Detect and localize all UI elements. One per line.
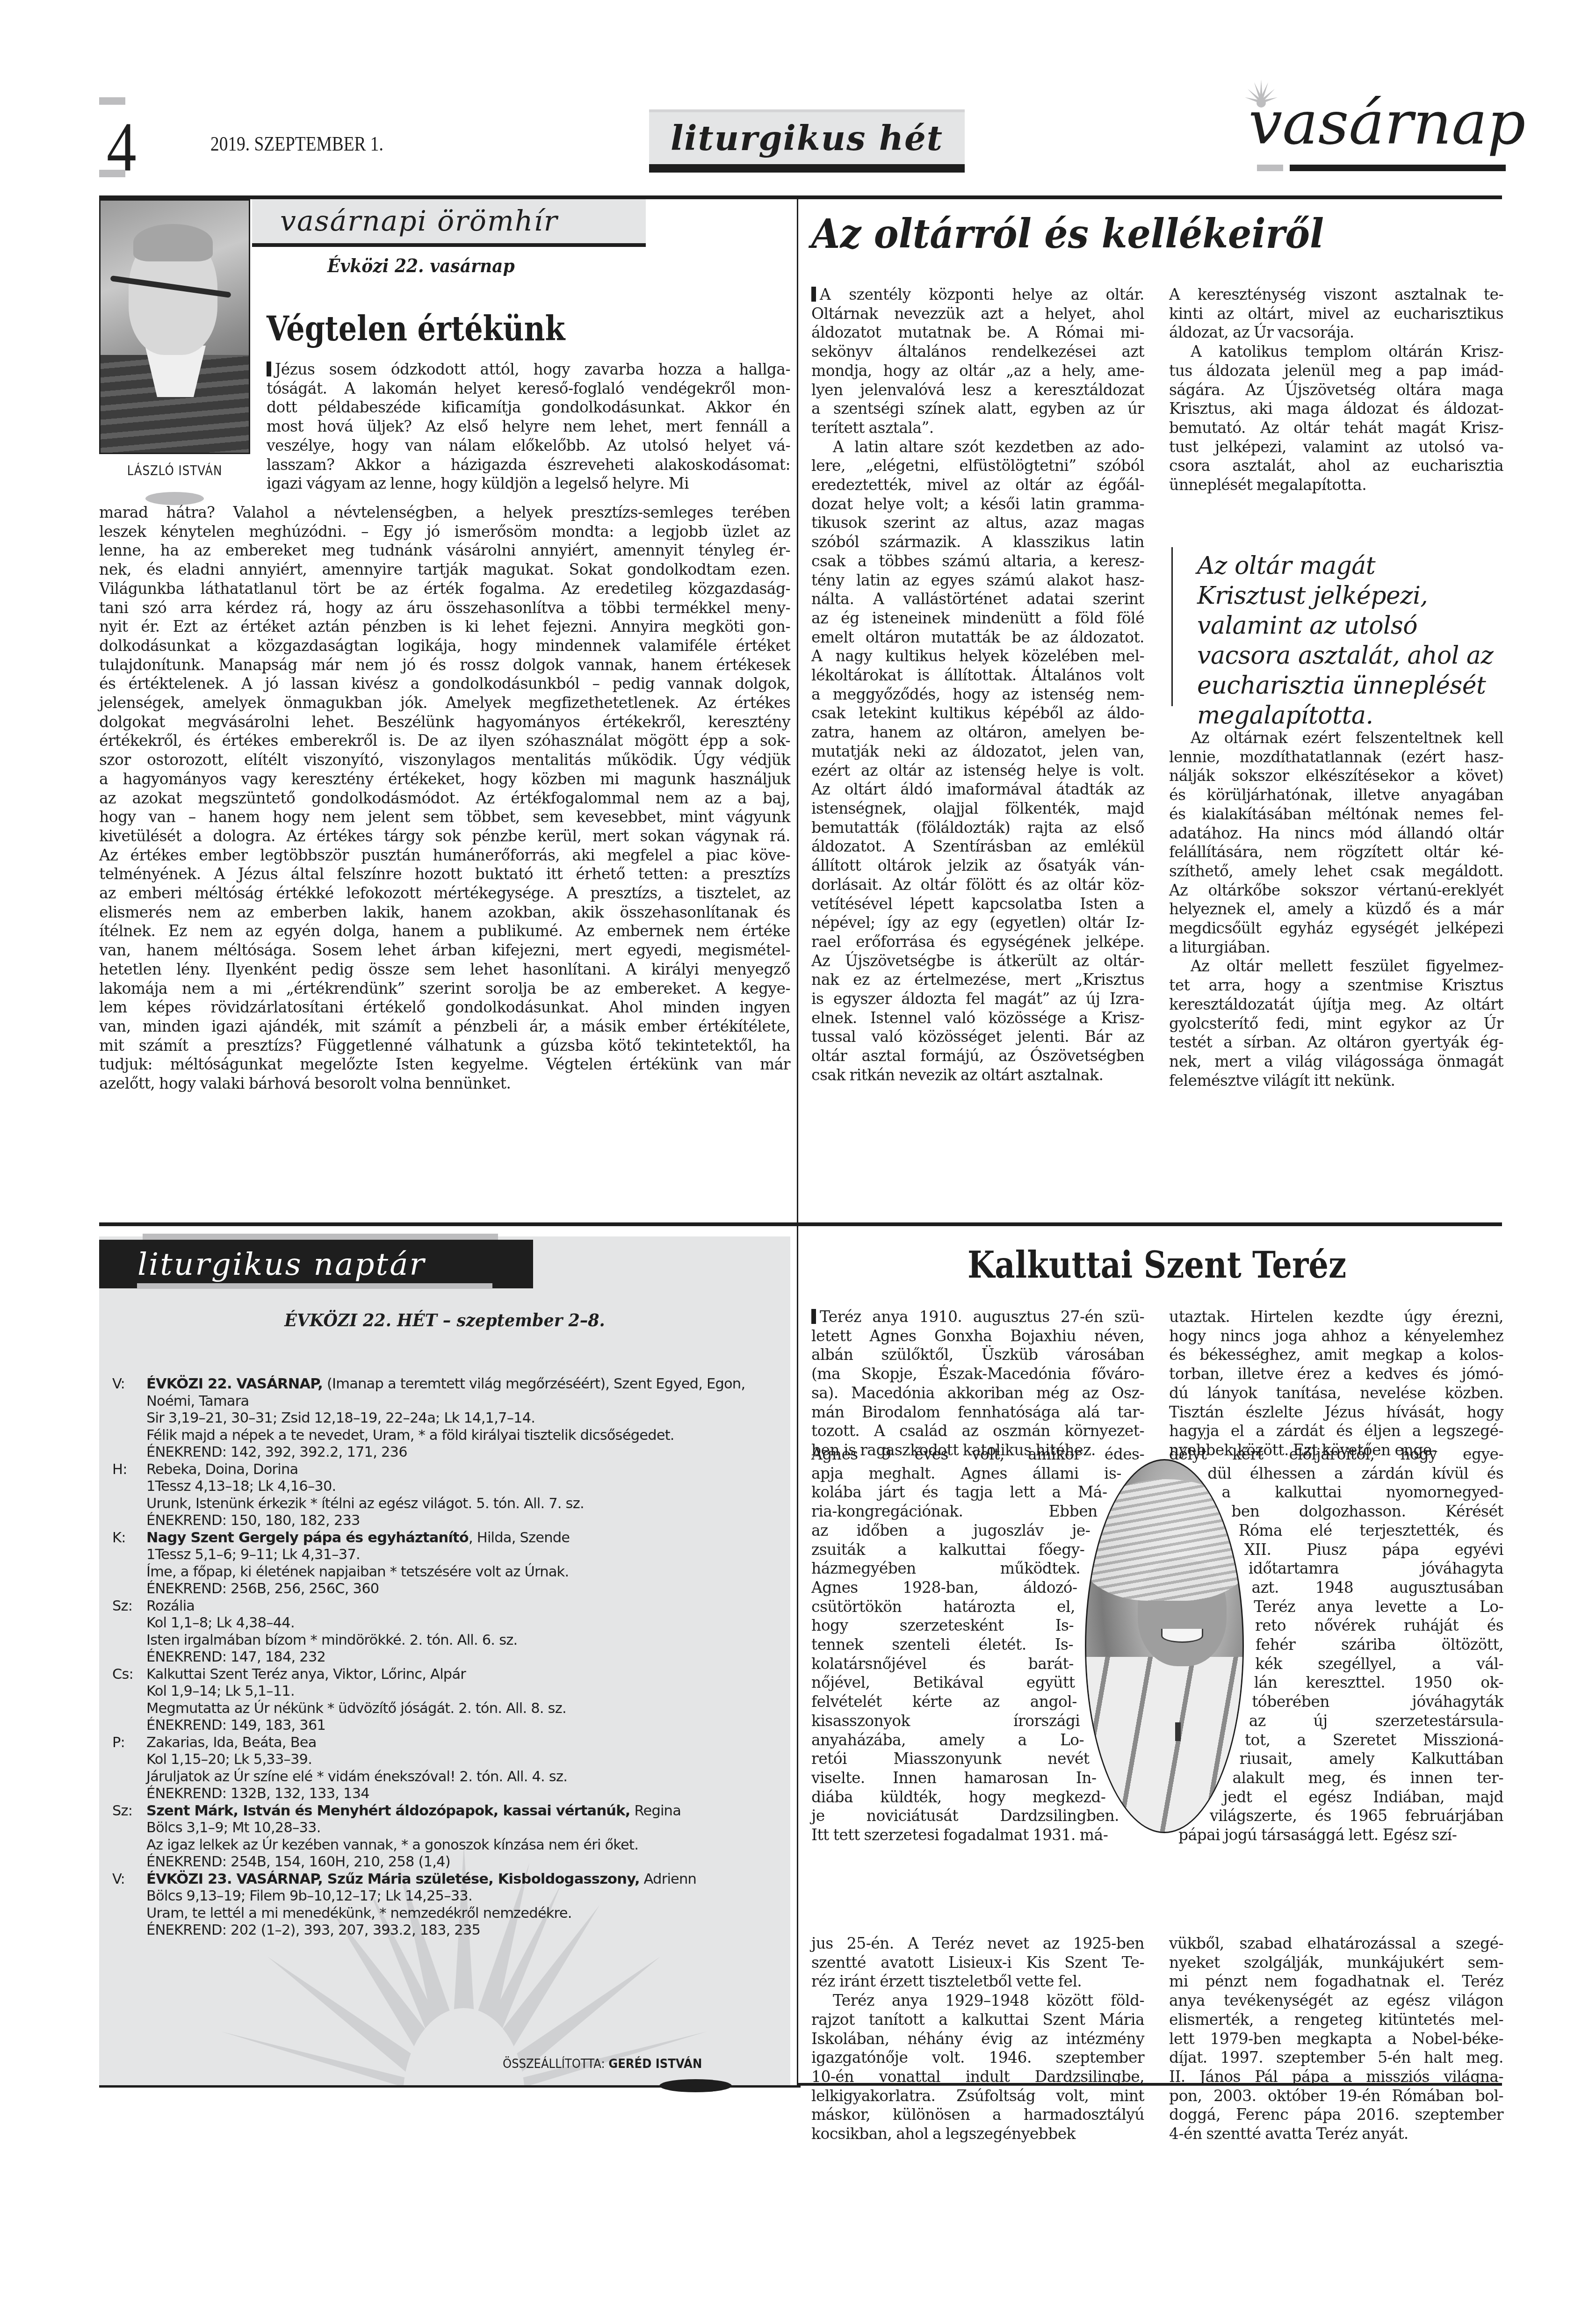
calendar-day: V:ÉVKÖZI 22. VASÁRNAP, (Imanap a teremte… xyxy=(112,1376,781,1461)
text-line: is egyszer áldozta fel magát” az új Izra… xyxy=(811,990,1144,1009)
text-line: A nagy kultikus helyek közelében mel- xyxy=(811,647,1144,666)
text-line: és békességhez, amit megkap a kolos- xyxy=(1169,1345,1503,1365)
column-label-box: vasárnapi örömhír xyxy=(252,199,646,247)
article-column-1: Teréz anya 1910. augusztus 27-én szü-let… xyxy=(811,1308,1144,1460)
text-line: kolatársnőjével és barát- xyxy=(811,1655,1074,1674)
hymn-list: ÉNEKREND: 149, 183, 361 xyxy=(146,1717,781,1735)
text-line: dú lányok tanítása, nevelése közben. xyxy=(1169,1384,1503,1403)
pullquote: Az oltár magátKrisztust jelképezi,valami… xyxy=(1197,551,1501,730)
text-line: vetítésével lépett kapcsolatba Isten a xyxy=(811,895,1144,914)
hymn-list: ÉNEKREND: 142, 392, 392.2, 171, 236 xyxy=(146,1444,781,1461)
text-line: mán Birodalom fennhatósága alá tar- xyxy=(811,1403,1144,1422)
text-line: riusait, amely Kalkuttában xyxy=(1239,1749,1503,1769)
day-abbrev: V: xyxy=(112,1871,125,1888)
readings: 1Tessz 4,13–18; Lk 4,16–30. xyxy=(146,1478,781,1496)
text-line: viselte. Innen hamarosan In- xyxy=(811,1769,1096,1788)
text-line: nálta. A vallástörténet adatai szerint xyxy=(811,590,1144,609)
day-abbrev: Cs: xyxy=(112,1666,133,1684)
text-line: áldozatot mutatnak be. A Római mi- xyxy=(811,323,1144,342)
text-line: az emberi méltóság értékké lefokozott mé… xyxy=(99,884,790,903)
paragraph-marker-icon xyxy=(811,287,816,302)
text-line: dorlásait. Az oltár fölött és az oltár k… xyxy=(811,875,1144,895)
text-line: Világunkba láthatatlanul tört be az érté… xyxy=(99,579,790,599)
text-line: csütörtökön határozta el, xyxy=(811,1597,1075,1617)
text-line: pon, 2003. október 19-én Rómában bol- xyxy=(1169,2087,1503,2106)
text-line: zatra, hanem az oltáron, amelyen be- xyxy=(811,723,1144,742)
text-line: kocsikban, ahol a legszegényebbek xyxy=(811,2125,1144,2144)
text-line: Teréz anya 1929–1948 között föld- xyxy=(811,1991,1144,2010)
day-abbrev: V: xyxy=(112,1376,125,1393)
text-line: a szentségi színek alatt, egyben az úr xyxy=(811,399,1144,419)
text-line: tikusok szerint az altus, azaz magas xyxy=(811,513,1144,533)
text-line: csak a többes számú altaria, a keresz- xyxy=(811,552,1144,571)
text-line: csora asztalát, ahol az eucharisztia xyxy=(1169,456,1503,476)
text-line: Az oltárkőbe sokszor vértanú-ereklyét xyxy=(1169,881,1503,900)
text-line: ezért az oltár az istenség helye is volt… xyxy=(811,761,1144,781)
pullquote-line: Krisztust jelképezi, xyxy=(1197,581,1501,611)
hymn-list: ÉNEKREND: 202 (1–2), 393, 207, 393.2, 18… xyxy=(146,1922,781,1939)
text-line: nyit ér. Ezt az értéket aztán pénzben is… xyxy=(99,617,790,636)
text-line: az azokat megszüntető gondolkodásmódot. … xyxy=(99,789,790,808)
text-line: időtartamra jóváhagyta xyxy=(1249,1559,1503,1578)
text-line: tóberében jóváhagyták xyxy=(1252,1692,1503,1712)
text-line: a kalkuttai nyomornegyed- xyxy=(1222,1483,1503,1502)
calendar-week: ÉVKÖZI 22. HÉT – szeptember 2–8. xyxy=(127,1309,763,1330)
text-line: rael erőforrása és egységének jelképe. xyxy=(811,932,1144,952)
text-line: keresztáldozatát újítja meg. Az oltárt xyxy=(1169,995,1503,1014)
text-line: retói Miasszonyunk nevét xyxy=(811,1749,1090,1769)
text-line: lett 1979-ben megkapta a Nobel-béke- xyxy=(1169,2030,1503,2049)
feast-name: ÉVKÖZI 22. VASÁRNAP, xyxy=(146,1376,323,1392)
text-line: istenségnek, olajjal fölkenték, majd xyxy=(811,799,1144,818)
day-heading: Szent Márk, István és Menyhért áldozópap… xyxy=(146,1803,781,1820)
brand-wordmark: vasárnap xyxy=(1249,94,1526,153)
text-line: az időben a jugoszláv je- xyxy=(811,1521,1090,1540)
text-line: tozott. A család az oszmán környezet- xyxy=(811,1422,1144,1441)
day-abbrev: K: xyxy=(112,1530,126,1547)
text-line: telményének. A Jézus által felszínre hoz… xyxy=(99,865,790,884)
text-line: helyeznek el, amely a küzdő és a már xyxy=(1169,900,1503,919)
brand-rule-accent xyxy=(1257,165,1283,171)
text-line: máskor, különösen a harmadosztályú xyxy=(811,2105,1144,2125)
text-line: A kereszténység viszont asztalnak te- xyxy=(1169,285,1503,304)
day-heading: Nagy Szent Gergely pápa és egyháztanító,… xyxy=(146,1530,781,1547)
text-line: rajzot tanított a kalkuttai Szent Mária xyxy=(811,2010,1144,2030)
text-line: lere, „elégetni, elfüstölögtetni” szóból xyxy=(811,456,1144,476)
text-line: szentté avatott Lisieux-i Kis Szent Te- xyxy=(811,1953,1144,1973)
text-line: letett Agnes Gonxha Bojaxhiu néven, xyxy=(811,1327,1144,1346)
readings: Kol 1,15–20; Lk 5,33–39. xyxy=(146,1751,781,1769)
text-line: reto nővérek ruháját és xyxy=(1255,1616,1503,1635)
text-line: alakult meg, és innen ter- xyxy=(1233,1769,1503,1788)
page-number-rule-top xyxy=(99,97,125,105)
text-line: leszek kénytelen meghúzódni. – Egy jó is… xyxy=(99,522,790,542)
text-line: lékoltárokat is állítottak. Általános vo… xyxy=(811,666,1144,685)
antiphon: Járuljatok az Úr színe elé * vidám éneks… xyxy=(146,1769,781,1786)
text-line: igazgatónője volt. 1946. szeptember xyxy=(811,2048,1144,2067)
text-line: és kialakításában méltónak nemes fel- xyxy=(1169,805,1503,824)
day-heading: Rozália xyxy=(146,1598,781,1615)
text-line: tus áldozata jelenül meg a pap imád- xyxy=(1169,361,1503,381)
hymn-list: ÉNEKREND: 254B, 154, 160H, 210, 258 (1,4… xyxy=(146,1854,781,1871)
article-body: marad hátra? Valahol a névtelenségben, a… xyxy=(99,503,790,1093)
text-line: A szentély központi helye az oltár. xyxy=(811,285,1144,304)
issue-date: 2019. SZEPTEMBER 1. xyxy=(210,132,383,156)
paragraph-marker-icon xyxy=(811,1309,816,1324)
pullquote-line: eucharisztia ünneplését xyxy=(1197,671,1501,701)
text-line: 4-én szentté avatta Teréz anyát. xyxy=(1169,2125,1503,2144)
text-line: csak ritkán nevezik az oltárt asztalnak. xyxy=(811,1066,1144,1085)
name-days: Rozália xyxy=(146,1598,195,1614)
text-line: Agnes 1928-ban, áldozó- xyxy=(811,1578,1077,1597)
text-line: szíthető, amely lehet csak megáldott. xyxy=(1169,862,1503,881)
text-line: dolgokat megvásárolni lehet. Beszélünk h… xyxy=(99,713,790,732)
day-heading: Kalkuttai Szent Teréz anya, Viktor, Lőri… xyxy=(146,1666,781,1684)
pullquote-rule xyxy=(1171,547,1173,706)
text-line: (ma Skopje, Észak-Macedónia főváro- xyxy=(811,1365,1144,1384)
antiphon: Íme, a főpap, ki életének napjaiban * te… xyxy=(146,1564,781,1581)
text-line: Az oltárnak ezért felszenteltnek kell xyxy=(1169,729,1503,748)
text-line: mondja, hogy az oltár „az a hely, ame- xyxy=(811,361,1144,381)
text-line: elnek. Istennel való közössége a Krisz- xyxy=(811,1009,1144,1028)
article-title: Az oltárról és kellékeiről xyxy=(811,210,1324,258)
text-line: doggá, Ferenc pápa 2016. szeptember xyxy=(1169,2105,1503,2125)
text-line: csak letekint kultikus képéből az áldo- xyxy=(811,704,1144,723)
text-line: ben dolgozhasson. Kérését xyxy=(1231,1502,1503,1521)
text-line: lán kereszttel. 1950 ok- xyxy=(1254,1673,1503,1692)
day-heading: Rebeka, Doina, Dorina xyxy=(146,1461,781,1479)
article-subtitle: Évközi 22. vasárnap xyxy=(327,255,515,277)
text-line: Krisztus, aki maga áldozat és áldozat- xyxy=(1169,399,1503,419)
text-line: sa). Macedónia akkoriban még az Osz- xyxy=(811,1384,1144,1403)
section-divider xyxy=(99,1222,1502,1226)
text-line: értékekről, és értékes emberekről is. De… xyxy=(99,731,790,751)
text-line: szor ostorozott, elítélt viszonyító, vis… xyxy=(99,751,790,770)
text-line: Jézus sosem ódzkodott attól, hogy zavarb… xyxy=(267,360,790,379)
credit-name: GERÉD ISTVÁN xyxy=(608,2057,702,2071)
text-line: tudjuk: méltóságunkat megelőzte Isten ke… xyxy=(99,1055,790,1074)
article-column-2: utaztak. Hirtelen kezdte úgy érezni,hogy… xyxy=(1169,1308,1503,1460)
text-line: A latin altare szót kezdetben az ado- xyxy=(811,438,1144,457)
name-days: Rebeka, Doina, Dorina xyxy=(146,1461,298,1478)
text-line: Iskolában, néhány évig az intézmény xyxy=(811,2030,1144,2049)
text-line: elismerték, a rengeteg kitüntetés mel- xyxy=(1169,2010,1503,2030)
text-line: testét a sírban. Az oltáron gyertyák ég- xyxy=(1169,1033,1503,1052)
text-line: je noviciátusát Dardzsilingben. xyxy=(811,1807,1119,1826)
article-intro: Jézus sosem ódzkodott attól, hogy zavarb… xyxy=(267,360,790,493)
pullquote-line: valamint az utolsó xyxy=(1197,611,1501,641)
author-name: LÁSZLÓ ISTVÁN xyxy=(108,463,241,478)
text-line: állított oltárok jelzik az ősatyák ván- xyxy=(811,856,1144,875)
text-line: vükből, szabad elhatározással a szegé- xyxy=(1169,1934,1503,1953)
text-line: áldozat, az Úr vacsorája. xyxy=(1169,323,1503,342)
text-line: hogy nincs joga ahhoz a kényelemhez xyxy=(1169,1327,1503,1346)
feast-name: Nagy Szent Gergely pápa és egyháztanító xyxy=(146,1530,469,1546)
pullquote-line: Az oltár magát xyxy=(1197,551,1501,581)
text-line: kék szegéllyel, a vál- xyxy=(1255,1655,1503,1674)
text-line: nak ez az értelmezése, mert „Krisztus xyxy=(811,970,1144,990)
antiphon: Félik majd a népek a te nevedet, Uram, *… xyxy=(146,1427,781,1445)
text-line: Agnes 9 éves volt, amikor édes- xyxy=(811,1445,1144,1464)
text-line: diába küldték, hogy megkezd- xyxy=(811,1788,1105,1807)
header-rule xyxy=(99,195,1502,199)
text-line: kisasszonyok írországi xyxy=(811,1712,1080,1731)
readings: Bölcs 3,1–9; Mt 10,28–33. xyxy=(146,1820,781,1837)
text-line: díjat. 1997. szeptember 5-én halt meg. xyxy=(1169,2048,1503,2067)
text-line: a liturgiában. xyxy=(1169,938,1503,957)
text-line: hogy szerzetesként Is- xyxy=(811,1616,1074,1635)
day-abbrev: P: xyxy=(112,1735,125,1752)
text-line: megdicsőült egyház egységét jelképezi xyxy=(1169,919,1503,938)
antiphon: Az igaz lelkek az Úr kezében vannak, * a… xyxy=(146,1837,781,1854)
section-tab: liturgikus hét xyxy=(649,109,965,173)
text-line: terített asztala”. xyxy=(811,419,1144,438)
text-line: azt. 1948 augusztusában xyxy=(1251,1578,1503,1597)
paragraph-marker-icon xyxy=(267,361,271,376)
text-line: lelkigyakorlatra. Zsúfoltság volt, mint xyxy=(811,2087,1144,2106)
text-line: Oltárnak nevezzük azt a helyet, ahol xyxy=(811,304,1144,324)
day-heading: Zakarias, Ida, Beáta, Bea xyxy=(146,1735,781,1752)
day-heading: ÉVKÖZI 23. VASÁRNAP, Szűz Mária születés… xyxy=(146,1871,781,1888)
text-line: nálják sokszor elkészítésekor a követ) xyxy=(1169,766,1503,786)
hymn-list: ÉNEKREND: 147, 184, 232 xyxy=(146,1649,781,1666)
article-column-2: A kereszténység viszont asztalnak te-kin… xyxy=(1169,285,1503,495)
text-line: bemutatták (föláldozták) rajta az első xyxy=(811,818,1144,838)
text-line: eredeztették, mivel az oltár az égőál- xyxy=(811,476,1144,495)
calendar-title-box: liturgikus naptár xyxy=(99,1240,533,1288)
text-line: anyaházába, amely a Lo- xyxy=(811,1731,1084,1750)
text-line: világszerte, és 1965 februárjában xyxy=(1210,1807,1503,1826)
text-line: tennek szenteli életét. Is- xyxy=(811,1635,1073,1655)
text-line: tény latin az egyes számú alakot hasz- xyxy=(811,571,1144,590)
text-line: lennie, mozdíthatatlannak (ezért hasz- xyxy=(1169,748,1503,767)
text-line: lasszam? Akkor a házigazda észreveheti a… xyxy=(267,455,790,475)
text-line: Teréz anya levette a Lo- xyxy=(1254,1597,1503,1617)
pullquote-line: megalapította. xyxy=(1197,701,1501,730)
calendar-credit: ÖSSZEÁLLÍTOTTA: GERÉD ISTVÁN xyxy=(503,2057,702,2071)
calendar-title-accent xyxy=(137,1283,492,1289)
text-line: van, hanem méltósága. Sosem lehet árban … xyxy=(99,941,790,960)
text-line: apja meghalt. Agnes állami is- xyxy=(811,1464,1121,1483)
calendar-day: K:Nagy Szent Gergely pápa és egyháztanít… xyxy=(112,1530,781,1598)
name-days: , Hilda, Szende xyxy=(469,1530,570,1546)
readings: Kol 1,9–14; Lk 5,1–11. xyxy=(146,1683,781,1700)
text-line: tussal való közösséget jelenti. Bár az xyxy=(811,1027,1144,1047)
day-heading: ÉVKÖZI 22. VASÁRNAP, (Imanap a teremtett… xyxy=(146,1376,781,1410)
text-line: bemutató. Az oltár tehát magát Krisz- xyxy=(1169,419,1503,438)
page-number-rule-bottom xyxy=(99,170,125,177)
pullquote-line: vacsora asztalát, ahol az xyxy=(1197,641,1501,671)
text-line: mutatják neki az áldozatot, jelen van, xyxy=(811,742,1144,761)
readings: 1Tessz 5,1–6; 9–11; Lk 4,31–37. xyxy=(146,1547,781,1564)
text-line: utaztak. Hirtelen kezdte úgy érezni, xyxy=(1169,1308,1503,1327)
text-line: kivetülését a dologra. Az értékes tárgy … xyxy=(99,827,790,846)
text-line: népével; így az egy (egyetlen) oltár Iz- xyxy=(811,913,1144,932)
text-line: albán szülőktől, Üszküb városában xyxy=(811,1345,1144,1365)
text-line: az ég isteneinek mindenütt a föld fölé xyxy=(811,609,1144,628)
text-line: szóból származik. A klasszikus latin xyxy=(811,533,1144,552)
text-line: jelenségek, amelyek önmagukban jók. Amel… xyxy=(99,694,790,713)
text-line: ságára. Az Újszövetség oltára maga xyxy=(1169,381,1503,400)
text-line: veszélye, hogy van nálam előkelőbb. Az u… xyxy=(267,436,790,455)
text-line: felállítására, nem rögzített oltár ké- xyxy=(1169,843,1503,862)
text-line: most hová üljek? Az első helyre nem lehe… xyxy=(267,417,790,436)
text-line: fehér száriba öltözött, xyxy=(1256,1635,1503,1655)
text-line: és körüljárhatónak, illetve anyagában xyxy=(1169,786,1503,805)
readings: Kol 1,1–8; Lk 4,38–44. xyxy=(146,1615,781,1632)
name-days: Kalkuttai Szent Teréz anya, Viktor, Lőri… xyxy=(146,1666,466,1683)
text-line: A katolikus templom oltárán Krisz- xyxy=(1169,342,1503,361)
text-line: XII. Piusz pápa egyévi xyxy=(1244,1540,1503,1560)
article-column-1-continued: jus 25-én. A Teréz nevet az 1925-benszen… xyxy=(811,1934,1144,2144)
text-line: torban, illetve érez a kedves és jómó- xyxy=(1169,1365,1503,1384)
text-line: Az oltár mellett feszület figyelmez- xyxy=(1169,957,1503,976)
text-line: lenne, ha az embereket meg tudnánk vásár… xyxy=(99,541,790,560)
text-line: sekönyv általános rendelkezései azt xyxy=(811,342,1144,361)
text-line: dott példabeszéde kificamítja gondolkodá… xyxy=(267,398,790,417)
text-line: Az oltárt áldó imaformával átadták az xyxy=(811,780,1144,799)
text-line: tet arra, hogy a szentmise Krisztus xyxy=(1169,976,1503,995)
author-photo xyxy=(99,199,250,454)
text-line: a hagyományos vagy keresztény értékeket,… xyxy=(99,770,790,789)
text-line: réz iránt érzett tiszteletből vette fel. xyxy=(811,1972,1144,1991)
text-line: nek, és eladni annyiért, amennyire tartj… xyxy=(99,560,790,579)
text-line: lem képes rövidzárlatosítani értékelő go… xyxy=(99,998,790,1017)
credit-label: ÖSSZEÁLLÍTOTTA: xyxy=(503,2057,605,2071)
text-line: a meggyőződés, hogy az istenség nem- xyxy=(811,685,1144,704)
article-title: Kalkuttai Szent Teréz xyxy=(859,1244,1454,1286)
mother-teresa-photo xyxy=(1085,1459,1244,1833)
text-line: igazi vágyam az lenne, hogy küldjön a le… xyxy=(267,474,790,493)
name-days: Adrienn xyxy=(640,1871,696,1887)
text-line: felvételét kérte az angol- xyxy=(811,1692,1077,1712)
column-label: vasárnapi örömhír xyxy=(280,205,558,238)
text-line: az új szerzetestársula- xyxy=(1249,1712,1503,1731)
text-line: marad hátra? Valahol a névtelenségben, a… xyxy=(99,503,790,522)
day-abbrev: Sz: xyxy=(112,1803,132,1820)
calendar-list: V:ÉVKÖZI 22. VASÁRNAP, (Imanap a teremte… xyxy=(112,1376,781,1939)
text-line: zsuiták a kalkuttai főegy- xyxy=(811,1540,1084,1560)
text-line: délyt kért elöljáróitól, hogy egye- xyxy=(1169,1445,1503,1464)
calendar-day: Cs:Kalkuttai Szent Teréz anya, Viktor, L… xyxy=(112,1666,781,1735)
name-days: Regina xyxy=(630,1803,681,1819)
day-abbrev: Sz: xyxy=(112,1598,132,1615)
text-line: hetetlen lény. Ilyenként pedig össze sem… xyxy=(99,960,790,979)
text-line: dül élhessen a zárdán kívül és xyxy=(1207,1464,1503,1483)
decorative-oval xyxy=(659,2079,732,2092)
text-line: kinti az oltárt, mivel az eucharisztikus xyxy=(1169,304,1503,324)
calendar-title-accent xyxy=(143,1234,498,1240)
text-line: nőjével, Betikával együtt xyxy=(811,1673,1075,1692)
calendar-day: Sz:Szent Márk, István és Menyhért áldozó… xyxy=(112,1803,781,1871)
text-line: mit számít a presztízs? Függetlenné válh… xyxy=(99,1036,790,1055)
text-line: azelőtt, hogy valaki bárhová besorolt vo… xyxy=(99,1074,790,1093)
text-line: tani szó arra kérdez rá, hogy az áru öss… xyxy=(99,599,790,618)
cross-icon xyxy=(1175,1722,1181,1741)
text-line: jus 25-én. A Teréz nevet az 1925-ben xyxy=(811,1934,1144,1953)
text-line: oltár asztal formájú, az Ószövetségben xyxy=(811,1047,1144,1066)
calendar-day: V:ÉVKÖZI 23. VASÁRNAP, Szűz Mária szület… xyxy=(112,1871,781,1939)
text-line: nek, mert a világ világossága önmagát xyxy=(1169,1052,1503,1071)
text-line: mi pénzt nem fogadhatnak el. Teréz xyxy=(1169,1972,1503,1991)
text-line: adatához. Ha nincs mód állandó oltár xyxy=(1169,824,1503,843)
text-line: ria-kongregációnak. Ebben xyxy=(811,1502,1098,1521)
text-line: emelt oltáron mutatták be az áldozatot. xyxy=(811,628,1144,647)
text-line: van, minden igazi ajándék, mit számít a … xyxy=(99,1017,790,1036)
antiphon: Isten irgalmában bízom * mindörökké. 2. … xyxy=(146,1632,781,1649)
feast-name: Szent Márk, István és Menyhért áldozópap… xyxy=(146,1803,630,1819)
antiphon: Megmutatta az Úr nékünk * üdvözítő jóság… xyxy=(146,1700,781,1718)
calendar-day: P:Zakarias, Ida, Beáta, BeaKol 1,15–20; … xyxy=(112,1735,781,1803)
text-line: házmegyében működtek. xyxy=(811,1559,1080,1578)
text-line: tust jelképezi, valamint az utolsó va- xyxy=(1169,438,1503,457)
hymn-list: ÉNEKREND: 256B, 256, 256C, 360 xyxy=(146,1581,781,1598)
calendar-day: Sz:RozáliaKol 1,1–8; Lk 4,38–44.Isten ir… xyxy=(112,1598,781,1666)
day-abbrev: H: xyxy=(112,1461,127,1479)
readings: Bölcs 9,13–19; Filem 9b–10,12–17; Lk 14,… xyxy=(146,1888,781,1905)
text-line: Teréz anya 1910. augusztus 27-én szü- xyxy=(811,1308,1144,1327)
article-column-2-continued: vükből, szabad elhatározással a szegé-ny… xyxy=(1169,1934,1503,2144)
calendar-day: H:Rebeka, Doina, Dorina1Tessz 4,13–18; L… xyxy=(112,1461,781,1530)
article-column-2-continued: Az oltárnak ezért felszenteltnek kelllen… xyxy=(1169,729,1503,1090)
antiphon: Urunk, Istenünk érkezik * ítélni az egés… xyxy=(146,1496,781,1513)
calendar-title: liturgikus naptár xyxy=(137,1246,426,1282)
hymn-list: ÉNEKREND: 150, 180, 182, 233 xyxy=(146,1512,781,1530)
text-line: Tisztán észlelte Jézus hívását, hogy xyxy=(1169,1403,1503,1422)
text-line: hogy van – hanem hogy nem jelent sem töb… xyxy=(99,808,790,827)
name-days: Zakarias, Ida, Beáta, Bea xyxy=(146,1735,317,1751)
text-line: és értéktelenek. A jó lassan kivész a go… xyxy=(99,674,790,694)
column-divider xyxy=(797,198,798,2088)
text-line: anya tevékenységét az egész világon xyxy=(1169,1991,1503,2010)
section-title: liturgikus hét xyxy=(671,118,943,158)
readings: Sir 3,19–21, 30–31; Zsid 12,18–19, 22–24… xyxy=(146,1410,781,1427)
article-title: Végtelen értékünk xyxy=(267,309,565,348)
text-line: Róma elé terjesztették, és xyxy=(1239,1521,1503,1540)
text-line: ítélnek. Ez nem az egyén dolga, hanem a … xyxy=(99,922,790,941)
feast-name: ÉVKÖZI 23. VASÁRNAP, Szűz Mária születés… xyxy=(146,1871,640,1887)
text-line: nyeket szolgálják, munkájukért sem- xyxy=(1169,1953,1503,1973)
text-line: tulajdonítunk. Manapság már nem jó és ro… xyxy=(99,656,790,675)
text-line: lyen jelenvalóvá lesz a keresztáldozat xyxy=(811,381,1144,400)
hymn-list: ÉNEKREND: 132B, 132, 133, 134 xyxy=(146,1785,781,1803)
text-line: gyolcsterítő fedi, mint egykor az Úr xyxy=(1169,1014,1503,1034)
text-line: elismerés nem az emberben lakik, hanem a… xyxy=(99,903,790,922)
brand-rule xyxy=(1290,165,1506,171)
text-line: áldozatot. A Szentírásban az emlékül xyxy=(811,837,1144,856)
article-column-1: A szentély központi helye az oltár.Oltár… xyxy=(811,285,1144,1085)
text-line: felemésztve világít itt nekünk. xyxy=(1169,1071,1503,1091)
text-line: kolába járt és tagja lett a Má- xyxy=(811,1483,1107,1502)
text-line: jedt el egész Indiában, majd xyxy=(1223,1788,1503,1807)
text-line: dozat helye volt; a késői latin gramma- xyxy=(811,495,1144,514)
text-line: ünneplését megalapította. xyxy=(1169,476,1503,495)
brand-logo: vasárnap xyxy=(1249,94,1501,173)
antiphon: Uram, te lettél a mi menedékünk, * nemze… xyxy=(146,1905,781,1922)
text-line: dolkodásunkat a közgazdaságtan logikája,… xyxy=(99,636,790,656)
text-line: hagyja el a zárdát és éljen a legszegé- xyxy=(1169,1422,1503,1441)
article-bottom-rule xyxy=(797,2083,1502,2086)
text-line: tot, a Szeretet Misszioná- xyxy=(1245,1731,1503,1750)
text-line: Az Újszövetségbe is átkerült az oltár- xyxy=(811,952,1144,971)
text-line: lakomája nem a mi „értékrendünk” szerint… xyxy=(99,979,790,998)
text-line: tóságát. A lakomán helyet kereső-foglaló… xyxy=(267,379,790,398)
text-line: Az értékes ember legtöbbször pusztán hum… xyxy=(99,846,790,865)
